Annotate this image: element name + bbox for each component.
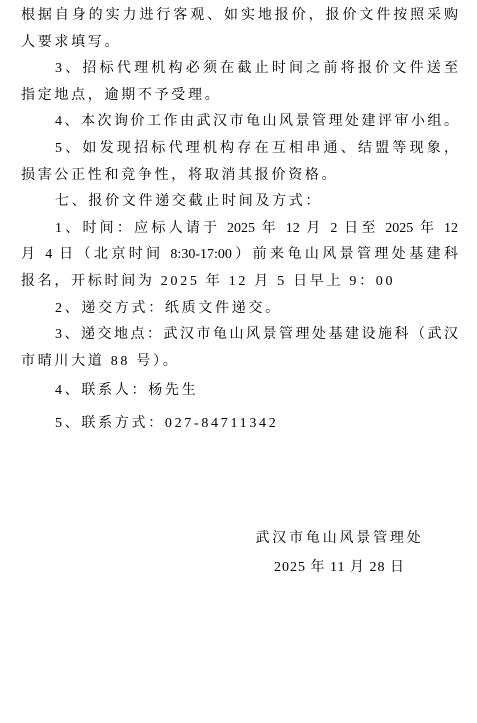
text-line: 4、本次询价工作由武汉市龟山风景管理处建评审小组。 <box>21 109 458 136</box>
signature-date: 2025 年 11 月 28 日 <box>221 553 458 582</box>
text-line: 报名，开标时间为 2025 年 12 月 5 日早上 9：00 <box>21 269 458 296</box>
text-line: 5、如发现招标代理机构存在互相串通、结盟等现象， <box>21 136 458 163</box>
text-line: 3、递交地点：武汉市龟山风景管理处基建设施科（武汉 <box>21 322 458 349</box>
text-line: 损害公正性和竞争性，将取消其报价资格。 <box>21 163 458 190</box>
text-line: 2、递交方式：纸质文件递交。 <box>21 296 458 323</box>
signature-org: 武汉市龟山风景管理处 <box>221 524 458 553</box>
document-body: 根据自身的实力进行客观、如实地报价，报价文件按照采购人要求填写。3、招标代理机构… <box>21 3 458 438</box>
text-line: 5、联系方式：027-84711342 <box>21 411 458 438</box>
text-line: 人要求填写。 <box>21 30 458 57</box>
text-line: 指定地点，逾期不予受理。 <box>21 83 458 110</box>
text-line: 月 4 日（北京时间 8:30-17:00）前来龟山风景管理处基建科 <box>21 242 458 269</box>
text-line: 1、时间：应标人请于 2025 年 12 月 2 日至 2025 年 12 <box>21 216 458 243</box>
document-page: 根据自身的实力进行客观、如实地报价，报价文件按照采购人要求填写。3、招标代理机构… <box>0 0 477 723</box>
signature-block: 武汉市龟山风景管理处 2025 年 11 月 28 日 <box>221 524 458 582</box>
text-line: 七、报价文件递交截止时间及方式： <box>21 189 458 216</box>
text-line: 市晴川大道 88 号）。 <box>21 349 458 376</box>
text-line: 根据自身的实力进行客观、如实地报价，报价文件按照采购 <box>21 3 458 30</box>
text-line: 4、联系人：杨先生 <box>21 378 458 405</box>
text-line: 3、招标代理机构必须在截止时间之前将报价文件送至 <box>21 56 458 83</box>
